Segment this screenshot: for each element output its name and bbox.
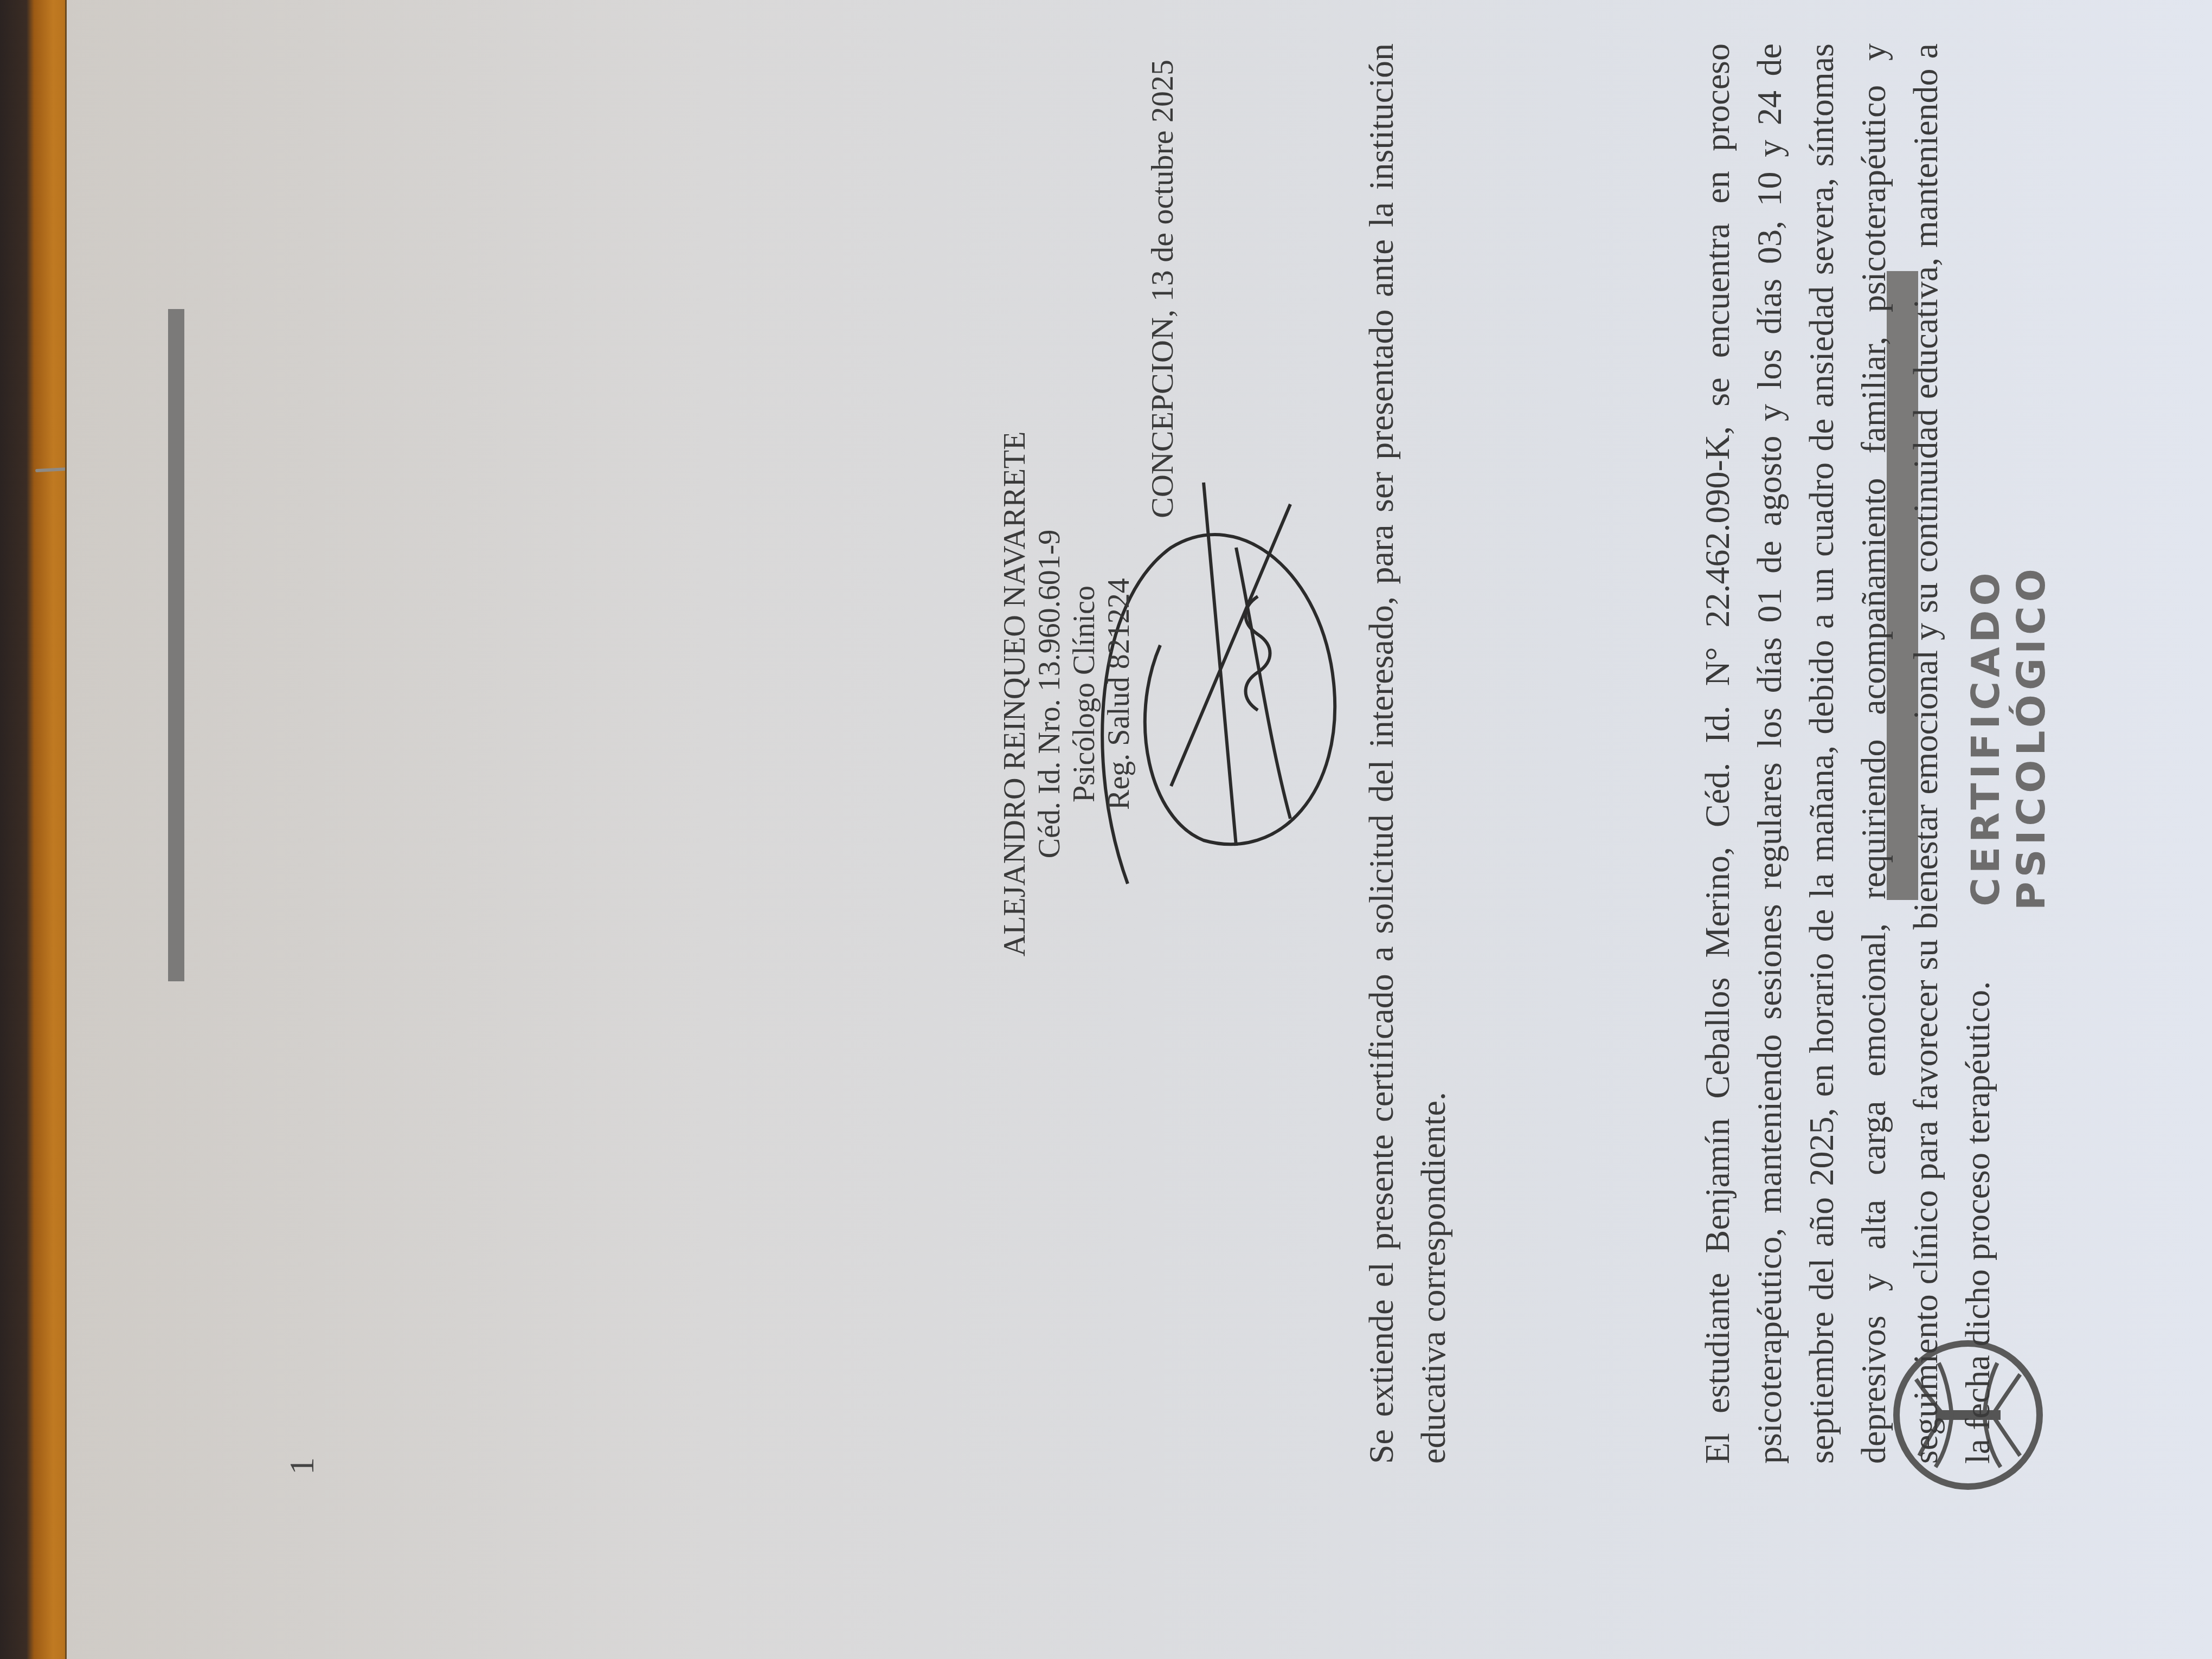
paragraph-main: El estudiante Benjamín Ceballos Merino, … — [1692, 43, 2004, 1464]
certificate-page: CERTIFICADO PSICOLÓGICO El estudiante Be… — [33, 54, 2179, 1605]
footer-bar — [168, 309, 184, 981]
signer-block: ALEJANDRO REINQUEO NAVARRETE Céd. Id. Nr… — [998, 423, 1136, 965]
signer-name: ALEJANDRO REINQUEO NAVARRETE — [998, 423, 1032, 965]
page-number: 1 — [282, 1457, 322, 1475]
signer-registry: Reg. Salud 821224 — [1102, 423, 1136, 965]
signer-id: Céd. Id. Nro. 13.960.601-9 — [1032, 423, 1067, 965]
signer-role: Psicólogo Clínico — [1067, 423, 1102, 965]
